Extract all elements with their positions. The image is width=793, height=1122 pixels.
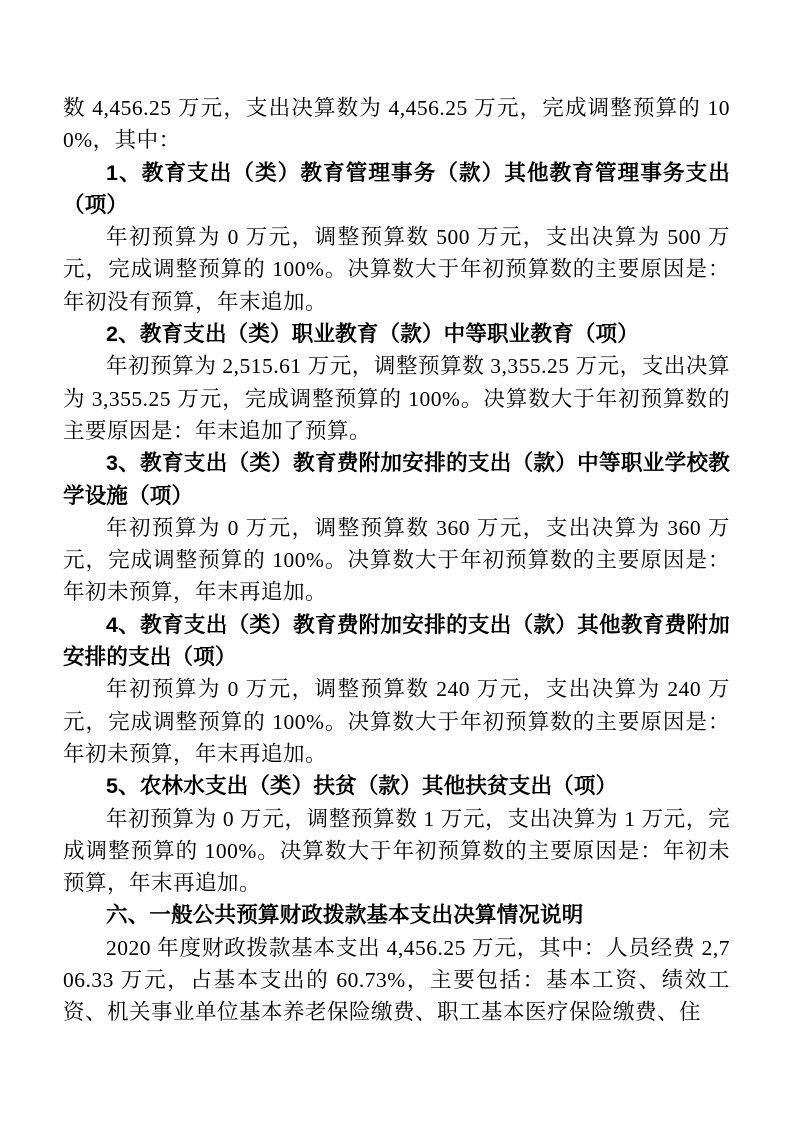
item-heading: 5、农林水支出（类）扶贫（款）其他扶贫支出（项） [63, 770, 730, 802]
section-heading: 六、一般公共预算财政拨款基本支出决算情况说明 [63, 899, 730, 931]
item-heading: 4、教育支出（类）教育费附加安排的支出（款）其他教育费附加安排的支出（项） [63, 609, 730, 674]
item-heading: 1、教育支出（类）教育管理事务（款）其他教育管理事务支出（项） [63, 157, 730, 222]
paragraph: 数 4,456.25 万元，支出决算数为 4,456.25 万元，完成调整预算的… [63, 92, 730, 157]
document-content: 数 4,456.25 万元，支出决算数为 4,456.25 万元，完成调整预算的… [63, 92, 730, 1029]
paragraph: 年初预算为 0 万元，调整预算数 360 万元，支出决算为 360 万元，完成调… [63, 512, 730, 609]
paragraph: 年初预算为 0 万元，调整预算数 1 万元，支出决算为 1 万元，完成调整预算的… [63, 803, 730, 900]
item-heading: 3、教育支出（类）教育费附加安排的支出（款）中等职业学校教学设施（项） [63, 447, 730, 512]
document-page: 数 4,456.25 万元，支出决算数为 4,456.25 万元，完成调整预算的… [0, 0, 793, 1122]
paragraph: 年初预算为 0 万元，调整预算数 240 万元，支出决算为 240 万元，完成调… [63, 673, 730, 770]
paragraph: 2020 年度财政拨款基本支出 4,456.25 万元，其中：人员经费 2,70… [63, 932, 730, 1029]
paragraph: 年初预算为 2,515.61 万元，调整预算数 3,355.25 万元，支出决算… [63, 350, 730, 447]
item-heading: 2、教育支出（类）职业教育（款）中等职业教育（项） [63, 318, 730, 350]
paragraph: 年初预算为 0 万元，调整预算数 500 万元，支出决算为 500 万元，完成调… [63, 221, 730, 318]
